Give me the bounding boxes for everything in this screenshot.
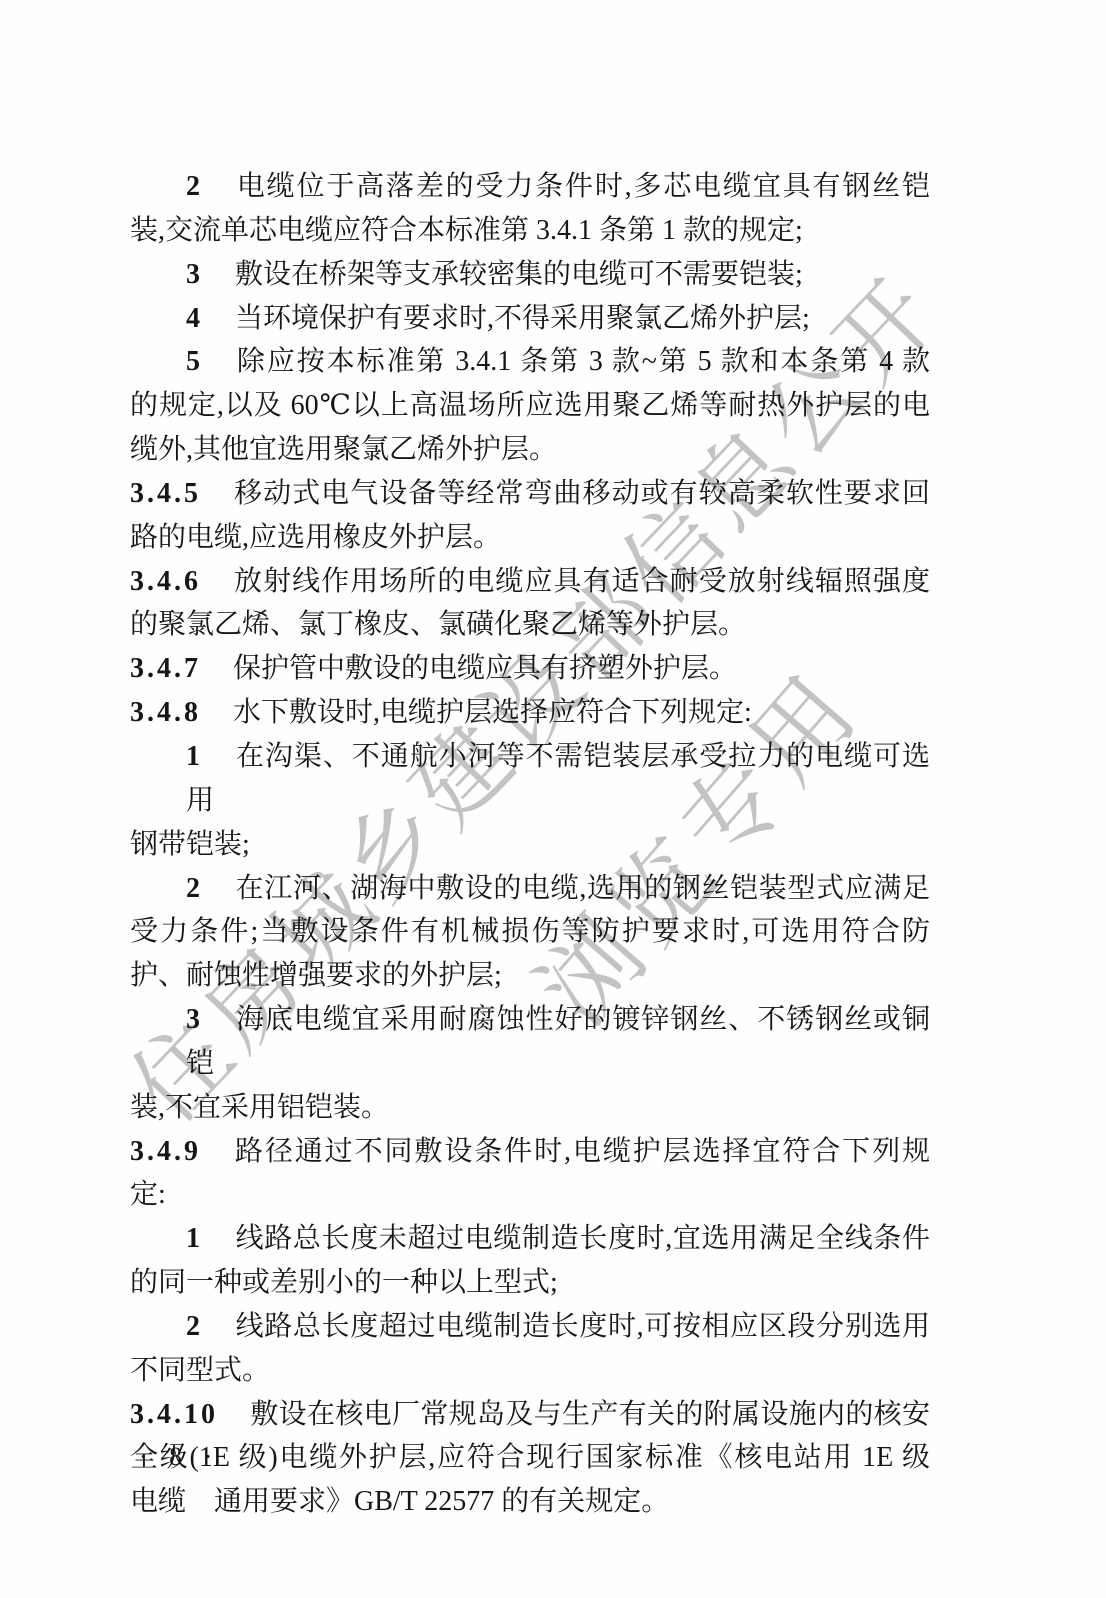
text-line: 的规定,以及 60℃以上高温场所应选用聚乙烯等耐热外护层的电 <box>130 384 930 428</box>
line-text: 受力条件;当敷设条件有机械损伤等防护要求时,可选用符合防 <box>130 916 930 947</box>
text-line: 3 敷设在桥架等支承较密集的电缆可不需要铠装; <box>130 253 930 297</box>
line-text: 的同一种或差别小的一种以上型式; <box>130 1267 558 1298</box>
line-text: 保护管中敷设的电缆应具有挤塑外护层。 <box>233 653 737 684</box>
line-text: 的聚氯乙烯、氯丁橡皮、氯磺化聚乙烯等外护层。 <box>130 609 746 640</box>
line-number: 3.4.9 <box>130 1136 201 1167</box>
text-line: 3 海底电缆宜采用耐腐蚀性好的镀锌钢丝、不锈钢丝或铜铠 <box>130 998 930 1086</box>
text-line: 的同一种或差别小的一种以上型式; <box>130 1261 930 1305</box>
text-line: 受力条件;当敷设条件有机械损伤等防护要求时,可选用符合防 <box>130 910 930 954</box>
text-line: 钢带铠装; <box>130 823 930 867</box>
text-line: 装,不宜采用铝铠装。 <box>130 1086 930 1130</box>
line-number: 5 <box>186 346 203 377</box>
line-number: 1 <box>186 741 203 772</box>
line-number: 2 <box>186 171 203 202</box>
line-text: 护、耐蚀性增强要求的外护层; <box>130 960 502 991</box>
text-line: 3.4.10 敷设在核电厂常规岛及与生产有关的附属设施内的核安 <box>130 1393 930 1437</box>
text-line: 路的电缆,应选用橡皮外护层。 <box>130 516 930 560</box>
text-line: 缆外,其他宜选用聚氯乙烯外护层。 <box>130 428 930 472</box>
footer-dot-right: · <box>204 1442 213 1471</box>
line-text: 水下敷设时,电缆护层选择应符合下列规定: <box>233 697 752 728</box>
line-number: 2 <box>186 1311 203 1342</box>
text-line: 2 在江河、湖海中敷设的电缆,选用的钢丝铠装型式应满足 <box>130 867 930 911</box>
text-line: 护、耐蚀性增强要求的外护层; <box>130 954 930 998</box>
line-text: 不同型式。 <box>130 1355 270 1386</box>
line-text: 当环境保护有要求时,不得采用聚氯乙烯外护层; <box>235 303 810 334</box>
text-line: 4 当环境保护有要求时,不得采用聚氯乙烯外护层; <box>130 297 930 341</box>
line-number: 3.4.5 <box>130 478 201 509</box>
text-line: 3.4.7 保护管中敷设的电缆应具有挤塑外护层。 <box>130 647 930 691</box>
text-body: 2 电缆位于高落差的受力条件时,多芯电缆宜具有钢丝铠 装,交流单芯电缆应符合本标… <box>130 165 930 1524</box>
text-line: 2 电缆位于高落差的受力条件时,多芯电缆宜具有钢丝铠 <box>130 165 930 209</box>
text-line: 3.4.9 路径通过不同敷设条件时,电缆护层选择宜符合下列规 <box>130 1130 930 1174</box>
line-text: 在江河、湖海中敷设的电缆,选用的钢丝铠装型式应满足 <box>236 873 930 904</box>
line-text: 电缆 通用要求》GB/T 22577 的有关规定。 <box>130 1486 669 1517</box>
line-number: 3 <box>186 1004 203 1035</box>
line-text: 线路总长度超过电缆制造长度时,可按相应区段分别选用 <box>236 1311 930 1342</box>
line-text: 电缆位于高落差的受力条件时,多芯电缆宜具有钢丝铠 <box>237 171 930 202</box>
text-line: 3.4.6 放射线作用场所的电缆应具有适合耐受放射线辐照强度 <box>130 560 930 604</box>
text-line: 3.4.5 移动式电气设备等经常弯曲移动或有较高柔软性要求回 <box>130 472 930 516</box>
line-number: 3.4.10 <box>130 1399 218 1430</box>
text-line: 1 线路总长度未超过电缆制造长度时,宜选用满足全线条件 <box>130 1217 930 1261</box>
line-text: 敷设在桥架等支承较密集的电缆可不需要铠装; <box>235 259 803 290</box>
text-line: 2 线路总长度超过电缆制造长度时,可按相应区段分别选用 <box>130 1305 930 1349</box>
line-number: 3.4.6 <box>130 566 201 597</box>
text-line: 3.4.8 水下敷设时,电缆护层选择应符合下列规定: <box>130 691 930 735</box>
line-text: 钢带铠装; <box>130 829 250 860</box>
line-text: 装,交流单芯电缆应符合本标准第 3.4.1 条第 1 款的规定; <box>130 215 803 246</box>
line-text: 路径通过不同敷设条件时,电缆护层选择宜符合下列规 <box>235 1136 930 1167</box>
line-number: 3 <box>186 259 203 290</box>
text-line: 全级(1E 级)电缆外护层,应符合现行国家标准《核电站用 1E 级 <box>130 1436 930 1480</box>
line-number: 3.4.7 <box>130 653 201 684</box>
line-text: 除应按本标准第 3.4.1 条第 3 款~第 5 款和本条第 4 款 <box>237 346 930 377</box>
line-text: 路的电缆,应选用橡皮外护层。 <box>130 522 501 553</box>
line-text: 全级(1E 级)电缆外护层,应符合现行国家标准《核电站用 1E 级 <box>130 1442 930 1473</box>
line-text: 线路总长度未超过电缆制造长度时,宜选用满足全线条件 <box>236 1223 930 1254</box>
line-text: 的规定,以及 60℃以上高温场所应选用聚乙烯等耐热外护层的电 <box>130 390 930 421</box>
line-number: 4 <box>186 303 203 334</box>
line-text: 放射线作用场所的电缆应具有适合耐受放射线辐照强度 <box>234 566 930 597</box>
footer-dot-left: · <box>139 1442 148 1471</box>
document-page: 住房城乡建设部信息公开 浏览专用 2 电缆位于高落差的受力条件时,多芯电缆宜具有… <box>0 0 1106 1598</box>
line-text: 缆外,其他宜选用聚氯乙烯外护层。 <box>130 434 557 465</box>
line-text: 在沟渠、不通航小河等不需铠装层承受拉力的电缆可选用 <box>186 741 930 816</box>
line-text: 定: <box>130 1179 166 1210</box>
text-line: 不同型式。 <box>130 1349 930 1393</box>
text-line: 的聚氯乙烯、氯丁橡皮、氯磺化聚乙烯等外护层。 <box>130 603 930 647</box>
page-number: 8 <box>169 1442 182 1471</box>
line-text: 移动式电气设备等经常弯曲移动或有较高柔软性要求回 <box>234 478 930 509</box>
line-number: 2 <box>186 873 203 904</box>
text-line: 5 除应按本标准第 3.4.1 条第 3 款~第 5 款和本条第 4 款 <box>130 340 930 384</box>
text-line: 定: <box>130 1173 930 1217</box>
text-line: 电缆 通用要求》GB/T 22577 的有关规定。 <box>130 1480 930 1524</box>
page-footer: · 8 · <box>139 1443 212 1471</box>
line-text: 敷设在核电厂常规岛及与生产有关的附属设施内的核安 <box>250 1399 930 1430</box>
line-number: 1 <box>186 1223 203 1254</box>
line-number: 3.4.8 <box>130 697 201 728</box>
line-text: 海底电缆宜采用耐腐蚀性好的镀锌钢丝、不锈钢丝或铜铠 <box>186 1004 930 1079</box>
text-line: 装,交流单芯电缆应符合本标准第 3.4.1 条第 1 款的规定; <box>130 209 930 253</box>
line-text: 装,不宜采用铝铠装。 <box>130 1092 389 1123</box>
text-line: 1 在沟渠、不通航小河等不需铠装层承受拉力的电缆可选用 <box>130 735 930 823</box>
